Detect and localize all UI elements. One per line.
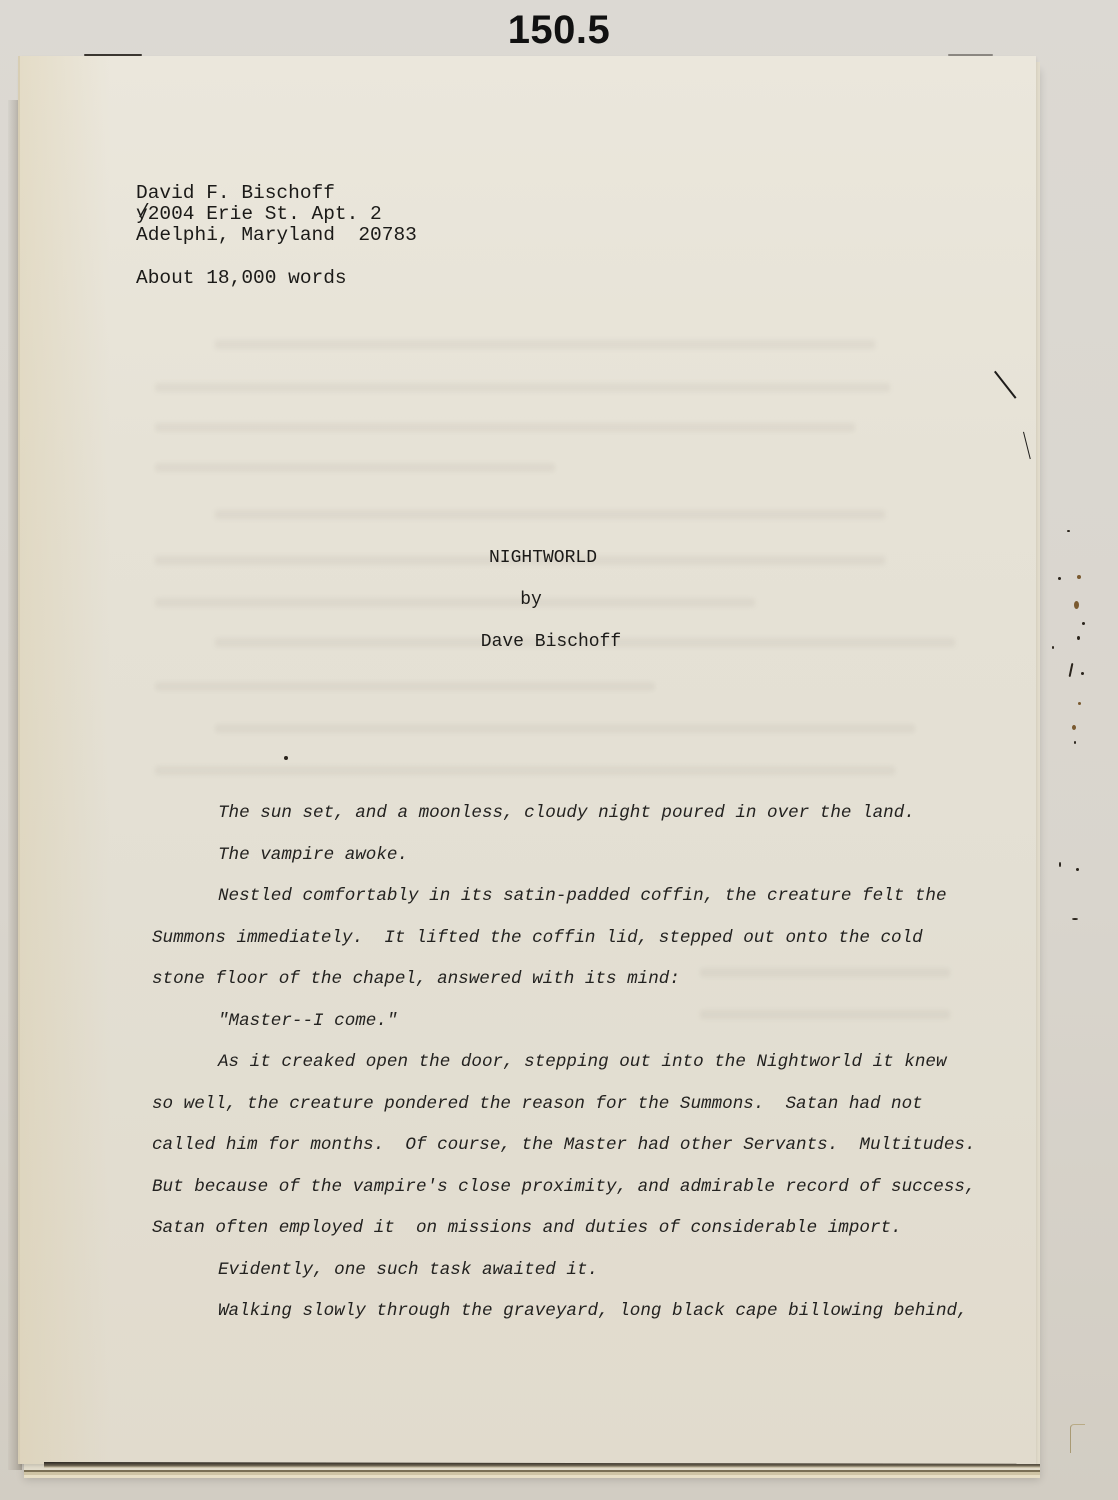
lot-number-label: 150.5 [0,8,1118,53]
street-address-text: 2004 Erie St. Apt. 2 [148,203,382,225]
body-text-line: Nestled comfortably in its satin-padded … [152,879,982,921]
body-text-line: The sun set, and a moonless, cloudy nigh… [152,796,982,838]
manuscript-title: NIGHTWORLD [0,548,1102,568]
byline-by: by [0,590,1090,610]
body-text-line: stone floor of the chapel, answered with… [152,962,982,1004]
body-text-line: As it creaked open the door, stepping ou… [152,1045,982,1087]
body-text-line: so well, the creature pondered the reaso… [152,1087,982,1129]
manuscript-body: The sun set, and a moonless, cloudy nigh… [152,796,982,1336]
body-text-line: Summons immediately. It lifted the coffi… [152,921,982,963]
city-state-zip: Adelphi, Maryland 20783 [136,225,417,246]
body-text-line: But because of the vampire's close proxi… [152,1170,982,1212]
author-name: David F. Bischoff [136,183,417,204]
page-edge-mark [84,54,142,56]
word-count: About 18,000 words [136,267,347,289]
body-text-line: "Master--I come." [152,1004,982,1046]
body-text-line: Walking slowly through the graveyard, lo… [152,1294,982,1336]
body-text-line: Evidently, one such task awaited it. [152,1253,982,1295]
body-text-line: The vampire awoke. [152,838,982,880]
dog-eared-corner [1070,1424,1085,1453]
body-text-line: Satan often employed it on missions and … [152,1211,982,1253]
body-text-line: called him for months. Of course, the Ma… [152,1128,982,1170]
page-edge-mark [948,54,993,56]
street-address: y2004 Erie St. Apt. 2 [136,204,417,225]
ink-dot [284,756,288,760]
byline-author: Dave Bischoff [0,632,1110,652]
struck-character: y [136,203,148,225]
author-address-block: David F. Bischoffy2004 Erie St. Apt. 2Ad… [136,183,417,246]
